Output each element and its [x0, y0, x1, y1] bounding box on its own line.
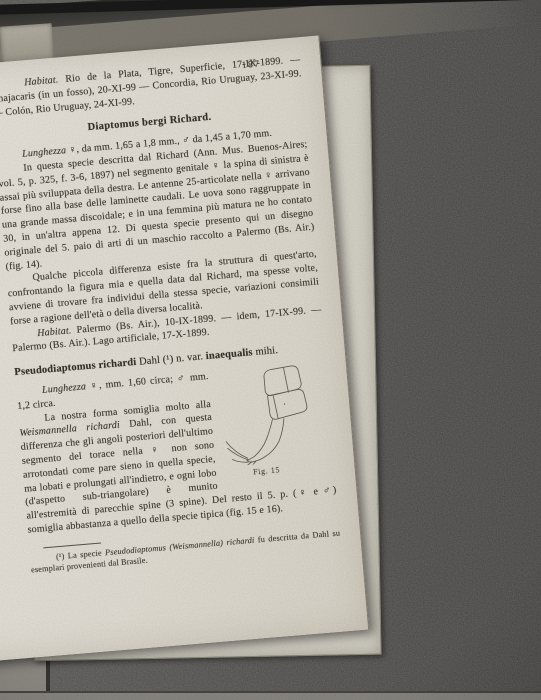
scanned-book-photo: 187 Habitat. Rio de la Plata, Tigre, Sup… [0, 0, 541, 700]
species-name-bold: Pseudodiaptomus richardi [14, 357, 137, 378]
author-text: Dahl (¹) n. var. [136, 351, 206, 368]
variety-description-section: Fig. 15 Lunghezza ♀, mm. 1,60 circa; ♂ m… [16, 360, 339, 537]
habitat-label: Habitat. [37, 325, 72, 339]
habitat-label: Habitat. [24, 74, 59, 88]
scanned-page: 187 Habitat. Rio de la Plata, Tigre, Sup… [0, 35, 369, 664]
copepod-fifth-leg-figure [216, 362, 334, 467]
page-number: 187 [241, 59, 261, 74]
length-label: Lunghezza [42, 381, 87, 396]
leg-line-art [220, 365, 311, 467]
footnote-species-italic: Pseudodiaptomus (Weismannella) richardi [105, 535, 255, 557]
figure-15-block: Fig. 15 [216, 362, 335, 482]
heading-tail: mihi. [252, 345, 278, 358]
bottom-edge-strip [0, 691, 541, 700]
variety-name-bold: inaequalis [205, 347, 253, 362]
footnote: (¹) La specie Pseudodiaptomus (Weismanne… [30, 527, 342, 576]
